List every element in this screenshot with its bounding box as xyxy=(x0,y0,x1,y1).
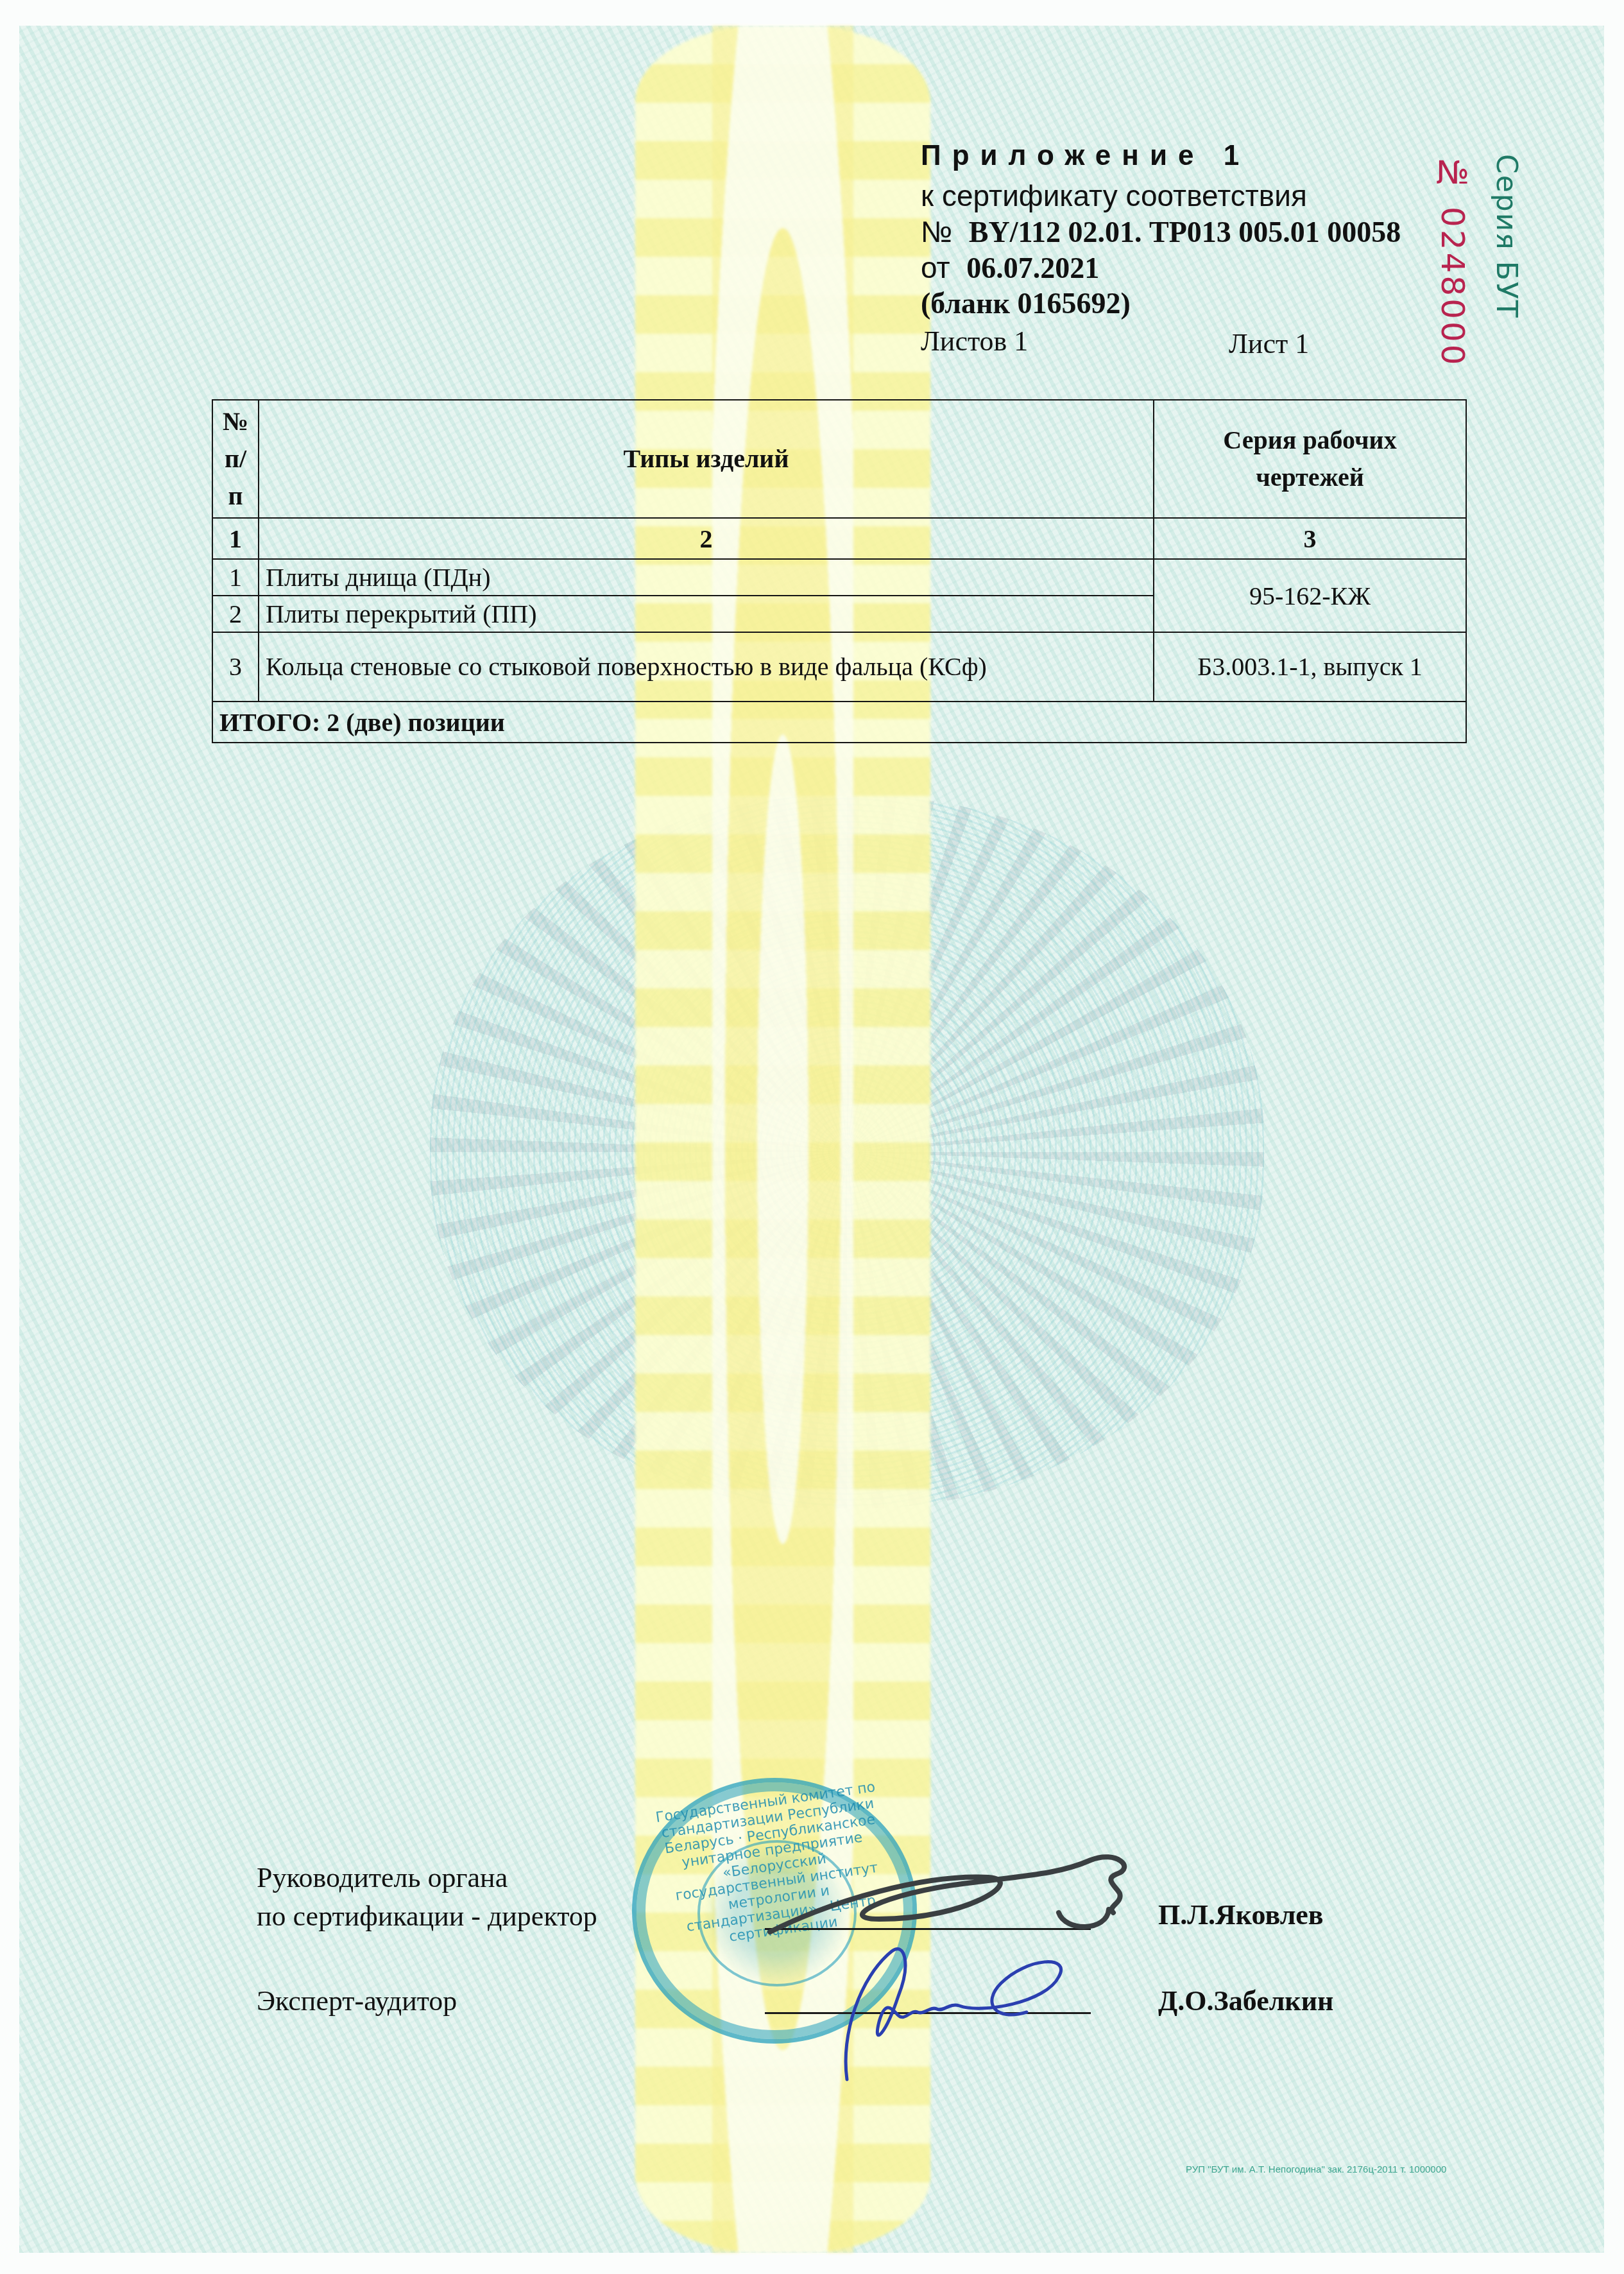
date-prefix: от xyxy=(921,251,950,284)
row-number: 3 xyxy=(212,632,259,702)
head-name: П.Л.Яковлев xyxy=(1158,1899,1324,1931)
total-positions: ИТОГО: 2 (две) позиции xyxy=(212,702,1466,743)
row-number: 2 xyxy=(212,596,259,632)
sheet-current: Лист 1 xyxy=(1229,327,1309,360)
certificate-number-value: BY/112 02.01. ТР013 005.01 00058 xyxy=(969,216,1401,248)
header-product-type: Типы изделий xyxy=(259,400,1154,518)
head-label-line2: по сертификации - директор xyxy=(257,1900,597,1933)
number-sign: № xyxy=(921,215,952,248)
sheets-total: Листов 1 xyxy=(921,327,1028,356)
certificate-subtitle: к сертификату соответствия xyxy=(921,181,1307,211)
drawing-series: Б3.003.1-1, выпуск 1 xyxy=(1154,632,1466,702)
table-header-row: №п/п Типы изделий Серия рабочихчертежей xyxy=(212,400,1466,518)
director-signature xyxy=(757,1848,1142,1938)
expert-signature xyxy=(834,1938,1104,2086)
column-number: 2 xyxy=(259,518,1154,559)
header-number: №п/п xyxy=(212,400,259,518)
form-serial-number: № 0248000 xyxy=(1434,154,1471,368)
blank-number: (бланк 0165692) xyxy=(921,289,1131,318)
product-types-table: №п/п Типы изделий Серия рабочихчертежей … xyxy=(212,399,1467,743)
head-label-line1: Руководитель органа xyxy=(257,1861,508,1894)
expert-label: Эксперт-аудитор xyxy=(257,1985,457,2017)
date-value: 06.07.2021 xyxy=(966,252,1099,284)
product-type: Плиты перекрытий (ПП) xyxy=(259,596,1154,632)
table-row: 1 Плиты днища (ПДн) 95-162-КЖ xyxy=(212,559,1466,596)
table-row: 3 Кольца стеновые со стыковой поверхност… xyxy=(212,632,1466,702)
certificate-date: от 06.07.2021 xyxy=(921,253,1099,283)
printer-imprint: РУП "БУТ им. А.Т. Непогодина" зак. 2176ц… xyxy=(1186,2164,1446,2175)
column-number: 3 xyxy=(1154,518,1466,559)
product-type: Плиты днища (ПДн) xyxy=(259,559,1154,596)
row-number: 1 xyxy=(212,559,259,596)
table-total-row: ИТОГО: 2 (две) позиции xyxy=(212,702,1466,743)
drawing-series: 95-162-КЖ xyxy=(1154,559,1466,632)
column-number: 1 xyxy=(212,518,259,559)
appendix-title: Приложение 1 xyxy=(921,140,1250,172)
form-series: Серия БУТ xyxy=(1490,154,1523,319)
certificate-number: № BY/112 02.01. ТР013 005.01 00058 xyxy=(921,217,1401,247)
product-type: Кольца стеновые со стыковой поверхностью… xyxy=(259,632,1154,702)
header-drawing-series: Серия рабочихчертежей xyxy=(1154,400,1466,518)
column-number-row: 1 2 3 xyxy=(212,518,1466,559)
expert-name: Д.О.Забелкин xyxy=(1158,1985,1333,2017)
